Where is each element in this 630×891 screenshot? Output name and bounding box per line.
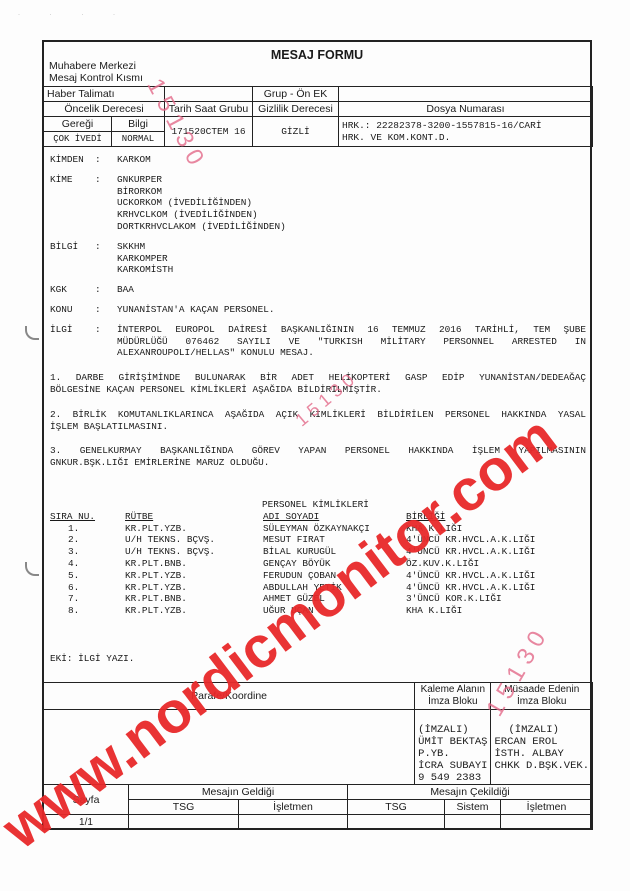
dosya-value: HRK.: 22282378-3200-1557815-16/CARİ HRK.… xyxy=(339,117,593,147)
bilgi-item: KARKOMPER xyxy=(117,253,173,265)
rutbe-cell: U/H TEKNS. BÇVŞ. xyxy=(125,534,263,546)
kime-item: DORTKRHVCLAKOM (İVEDİLİĞİNDEN) xyxy=(117,221,286,233)
paragraph-3: 3. GENELKURMAY BAŞKANLIĞINDA GÖREV YAPAN… xyxy=(50,445,586,469)
rutbe-cell: U/H TEKNS. BÇVŞ. xyxy=(125,546,263,558)
kime-label: KİME xyxy=(50,174,95,233)
sig-line: ERCAN EROL xyxy=(494,736,589,748)
colon: : xyxy=(95,154,117,166)
paragraph-line: BÖLGESİNE KAÇAN PERSONEL KİMLİKLERİ AŞAĞ… xyxy=(50,384,586,396)
personnel-rows: 1.KR.PLT.YZB.SÜLEYMAN ÖZKAYNAKÇIKHA K.LI… xyxy=(50,523,586,617)
kimden-row: KİMDEN : KARKOM xyxy=(50,154,586,166)
sira-cell: 1. xyxy=(50,523,125,535)
kime-item: BİRORKOM xyxy=(117,186,286,198)
grup-on-ek-label: Grup - Ön EK xyxy=(253,87,339,102)
ilgi-text: İNTERPOL EUROPOL DAİRESİ BAŞKANLIĞININ 1… xyxy=(117,324,586,359)
tarih-saat-label: Tarih Saat Grubu xyxy=(165,102,253,117)
personnel-row: 2.U/H TEKNS. BÇVŞ.MESUT FIRAT4'ÜNCÜ KR.H… xyxy=(50,534,586,546)
personnel-row: 1.KR.PLT.YZB.SÜLEYMAN ÖZKAYNAKÇIKHA K.LI… xyxy=(50,523,586,535)
sig-line: İCRA SUBAYI xyxy=(418,760,487,772)
parafe-label: Parafe/Koordine xyxy=(44,683,415,710)
colon: : xyxy=(95,304,117,316)
cekildigi-isletmen-value xyxy=(501,815,593,830)
dosya-line: HRK. VE KOM.KONT.D. xyxy=(342,132,589,144)
musaade-label-line: İmza Bloku xyxy=(494,696,589,708)
name-cell: FERUDUN ÇOBAN xyxy=(263,570,393,582)
birlik-cell: 4'ÜNCÜ KR.HVCL.A.K.LIĞI xyxy=(393,534,535,546)
sira-cell: 3. xyxy=(50,546,125,558)
sig-line: (İMZALI) xyxy=(418,724,487,736)
kime-item: UCKORKOM (İVEDİLİĞİNDEN) xyxy=(117,197,286,209)
bilgi-value: NORMAL xyxy=(112,132,165,147)
colon: : xyxy=(95,284,117,296)
haber-talimati-label: Haber Talimatı xyxy=(44,87,165,102)
geldigi-isletmen-value xyxy=(239,815,348,830)
sira-cell: 2. xyxy=(50,534,125,546)
geldigi-tsg-value xyxy=(129,815,239,830)
kimden-value: KARKOM xyxy=(117,154,151,166)
personnel-title: PERSONEL KİMLİKLERİ xyxy=(50,499,586,511)
attachment-note: EKİ: İLGİ YAZI. xyxy=(50,653,134,664)
kgk-value: BAA xyxy=(117,284,134,296)
tarih-saat-value: 171520CTEM 16 xyxy=(165,117,253,147)
kime-item: KRHVCLKOM (İVEDİLİĞİNDEN) xyxy=(117,209,286,221)
musaade-label: Müsaade Edenin İmza Bloku xyxy=(491,683,593,710)
oncelik-label: Öncelik Derecesi xyxy=(44,102,165,117)
geldigi-label: Mesajın Geldiği xyxy=(129,785,348,800)
bilgi-label: Bilgi xyxy=(112,117,165,132)
name-cell: GENÇAY BÖYÜK xyxy=(263,558,393,570)
sira-cell: 5. xyxy=(50,570,125,582)
cekildigi-tsg-value xyxy=(348,815,445,830)
cekildigi-sistem-label: Sistem xyxy=(445,800,501,815)
bilgi-label: BİLGİ xyxy=(50,241,95,276)
dosya-line: HRK.: 22282378-3200-1557815-16/CARİ xyxy=(342,120,589,132)
bilgi-item: SKKHM xyxy=(117,241,173,253)
org-line: Muhabere Merkezi xyxy=(49,60,143,72)
name-cell: UĞUR UÇAN xyxy=(263,605,393,617)
punch-hole-mark xyxy=(25,326,39,340)
kime-list: GNKURPER BİRORKOM UCKORKOM (İVEDİLİĞİNDE… xyxy=(117,174,286,233)
header-table: Haber Talimatı Grup - Ön EK Öncelik Dere… xyxy=(43,86,593,147)
birlik-cell: 4'ÜNCÜ KR.HVCL.A.K.LIĞI xyxy=(393,546,535,558)
rutbe-cell: KR.PLT.YZB. xyxy=(125,523,263,535)
cekildigi-label: Mesajın Çekildiği xyxy=(348,785,593,800)
ilgi-line: MÜDÜRLÜĞÜ 076462 SAYILI VE "TURKISH MİLİ… xyxy=(117,336,586,348)
birlik-cell: 3'ÜNCÜ KOR.K.LIĞI xyxy=(393,593,502,605)
geldigi-isletmen-label: İşletmen xyxy=(239,800,348,815)
sayfa-label: Sayfa xyxy=(44,785,129,815)
delivery-table: Sayfa Mesajın Geldiği Mesajın Çekildiği … xyxy=(43,784,593,830)
rutbe-cell: KR.PLT.YZB. xyxy=(125,570,263,582)
col-rutbe: RÜTBE xyxy=(125,511,153,522)
kime-row: KİME : GNKURPER BİRORKOM UCKORKOM (İVEDİ… xyxy=(50,174,586,233)
birlik-cell: 4'ÜNCÜ KR.HVCL.A.K.LIĞI xyxy=(393,570,535,582)
name-cell: ABDULLAH YETİK xyxy=(263,582,393,594)
sayfa-value: 1/1 xyxy=(44,815,129,830)
sig-line: P.YB. xyxy=(418,748,487,760)
cekildigi-sistem-value xyxy=(445,815,501,830)
birlik-cell: KHA K.LIĞI xyxy=(393,523,462,535)
sig-line: İSTH. ALBAY xyxy=(494,748,589,760)
kime-item: GNKURPER xyxy=(117,174,286,186)
geldigi-tsg-label: TSG xyxy=(129,800,239,815)
personnel-row: 7.KR.PLT.BNB.AHMET GÜZEL3'ÜNCÜ KOR.K.LIĞ… xyxy=(50,593,586,605)
kaleme-label: Kaleme Alanın İmza Bloku xyxy=(415,683,491,710)
ilgi-line: İNTERPOL EUROPOL DAİRESİ BAŞKANLIĞININ 1… xyxy=(117,324,586,336)
sira-cell: 4. xyxy=(50,558,125,570)
personnel-row: 6.KR.PLT.YZB.ABDULLAH YETİK4'ÜNCÜ KR.HVC… xyxy=(50,582,586,594)
rutbe-cell: KR.PLT.BNB. xyxy=(125,593,263,605)
birlik-cell: KHA K.LIĞI xyxy=(393,605,462,617)
sig-line: (İMZALI) xyxy=(494,724,589,736)
message-body: KİMDEN : KARKOM KİME : GNKURPER BİRORKOM… xyxy=(50,154,586,617)
rutbe-cell: KR.PLT.YZB. xyxy=(125,605,263,617)
name-cell: SÜLEYMAN ÖZKAYNAKÇI xyxy=(263,523,393,535)
ilgi-line: ALEXANROUPOLI/HELLAS" KONULU MESAJ. xyxy=(117,347,586,359)
sig-line: ÜMİT BEKTAŞ xyxy=(418,736,487,748)
parafe-area xyxy=(44,710,415,785)
musaade-label-line: Müsaade Edenin xyxy=(494,684,589,696)
konu-label: KONU xyxy=(50,304,95,316)
paragraph-2: 2. BİRLİK KOMUTANLIKLARINCA AŞAĞIDA AÇIK… xyxy=(50,409,586,433)
personnel-list: PERSONEL KİMLİKLERİ SIRA NU. RÜTBE ADI S… xyxy=(50,499,586,617)
punch-hole-mark xyxy=(25,562,39,576)
name-cell: AHMET GÜZEL xyxy=(263,593,393,605)
org-block: Muhabere Merkezi Mesaj Kontrol Kısmı xyxy=(49,60,143,84)
bilgi-item: KARKOMİSTH xyxy=(117,264,173,276)
paragraph-line: 2. BİRLİK KOMUTANLIKLARINCA AŞAĞIDA AÇIK… xyxy=(50,409,586,421)
name-cell: BİLAL KURUGÜL xyxy=(263,546,393,558)
sig-line: CHKK D.BŞK.VEK. xyxy=(494,760,589,772)
gizlilik-value: GİZLİ xyxy=(253,117,339,147)
sig-line: 9 549 2383 xyxy=(418,772,487,784)
paragraph-line: İŞLEM BAŞLATILMASINI. xyxy=(50,421,586,433)
sira-cell: 6. xyxy=(50,582,125,594)
bilgi-list: SKKHM KARKOMPER KARKOMİSTH xyxy=(117,241,173,276)
dosya-label: Dosya Numarası xyxy=(339,102,593,117)
geregi-value: ÇOK İVEDİ xyxy=(44,132,112,147)
musaade-signature: (İMZALI) ERCAN EROL İSTH. ALBAY CHKK D.B… xyxy=(491,710,593,785)
konu-row: KONU : YUNANİSTAN'A KAÇAN PERSONEL. xyxy=(50,304,586,316)
birlik-cell: ÖZ.KUV.K.LIĞI xyxy=(393,558,479,570)
org-line: Mesaj Kontrol Kısmı xyxy=(49,72,143,84)
rutbe-cell: KR.PLT.BNB. xyxy=(125,558,263,570)
grup-on-ek-value xyxy=(339,87,593,102)
birlik-cell: 4'ÜNCÜ KR.HVCL.A.K.LIĞI xyxy=(393,582,535,594)
geregi-label: Gereği xyxy=(44,117,112,132)
personnel-row: 3.U/H TEKNS. BÇVŞ.BİLAL KURUGÜL4'ÜNCÜ KR… xyxy=(50,546,586,558)
gizlilik-label: Gizlilik Derecesi xyxy=(253,102,339,117)
ilgi-row: İLGİ : İNTERPOL EUROPOL DAİRESİ BAŞKANLI… xyxy=(50,324,586,359)
kimden-label: KİMDEN xyxy=(50,154,95,166)
colon: : xyxy=(95,324,117,359)
message-form: MESAJ FORMU Muhabere Merkezi Mesaj Kontr… xyxy=(42,40,592,830)
kgk-label: KGK xyxy=(50,284,95,296)
paragraph-1: 1. DARBE GİRİŞİMİNDE BULUNARAK BİR ADET … xyxy=(50,372,586,396)
col-birligi: BİRLİĞİ xyxy=(406,511,445,522)
personnel-row: 8.KR.PLT.YZB.UĞUR UÇANKHA K.LIĞI xyxy=(50,605,586,617)
haber-talimati-value xyxy=(165,87,253,102)
kaleme-label-line: İmza Bloku xyxy=(418,696,487,708)
paragraph-line: 1. DARBE GİRİŞİMİNDE BULUNARAK BİR ADET … xyxy=(50,372,586,384)
sira-cell: 8. xyxy=(50,605,125,617)
ilgi-label: İLGİ xyxy=(50,324,95,359)
name-cell: MESUT FIRAT xyxy=(263,534,393,546)
sira-cell: 7. xyxy=(50,593,125,605)
colon: : xyxy=(95,241,117,276)
colon: : xyxy=(95,174,117,233)
personnel-row: 4.KR.PLT.BNB.GENÇAY BÖYÜKÖZ.KUV.K.LIĞI xyxy=(50,558,586,570)
col-adi-soyadi: ADI SOYADI xyxy=(263,511,367,522)
col-sira: SIRA NU. xyxy=(50,511,95,522)
bilgi-row: BİLGİ : SKKHM KARKOMPER KARKOMİSTH xyxy=(50,241,586,276)
scan-specks: · · · · xyxy=(18,12,129,18)
paragraph-line: 3. GENELKURMAY BAŞKANLIĞINDA GÖREV YAPAN… xyxy=(50,445,586,457)
cekildigi-isletmen-label: İşletmen xyxy=(501,800,593,815)
personnel-header-row: SIRA NU. RÜTBE ADI SOYADI BİRLİĞİ xyxy=(50,511,586,523)
cekildigi-tsg-label: TSG xyxy=(348,800,445,815)
personnel-row: 5.KR.PLT.YZB.FERUDUN ÇOBAN4'ÜNCÜ KR.HVCL… xyxy=(50,570,586,582)
kaleme-signature: (İMZALI) ÜMİT BEKTAŞ P.YB. İCRA SUBAYI 9… xyxy=(415,710,491,785)
konu-value: YUNANİSTAN'A KAÇAN PERSONEL. xyxy=(117,304,275,316)
footer-table: Parafe/Koordine Kaleme Alanın İmza Bloku… xyxy=(43,682,593,785)
kgk-row: KGK : BAA xyxy=(50,284,586,296)
rutbe-cell: KR.PLT.YZB. xyxy=(125,582,263,594)
kaleme-label-line: Kaleme Alanın xyxy=(418,684,487,696)
paragraph-line: GNKUR.BŞK.LIĞI EMİRLERİNE MARUZ OLDUĞU. xyxy=(50,457,586,469)
